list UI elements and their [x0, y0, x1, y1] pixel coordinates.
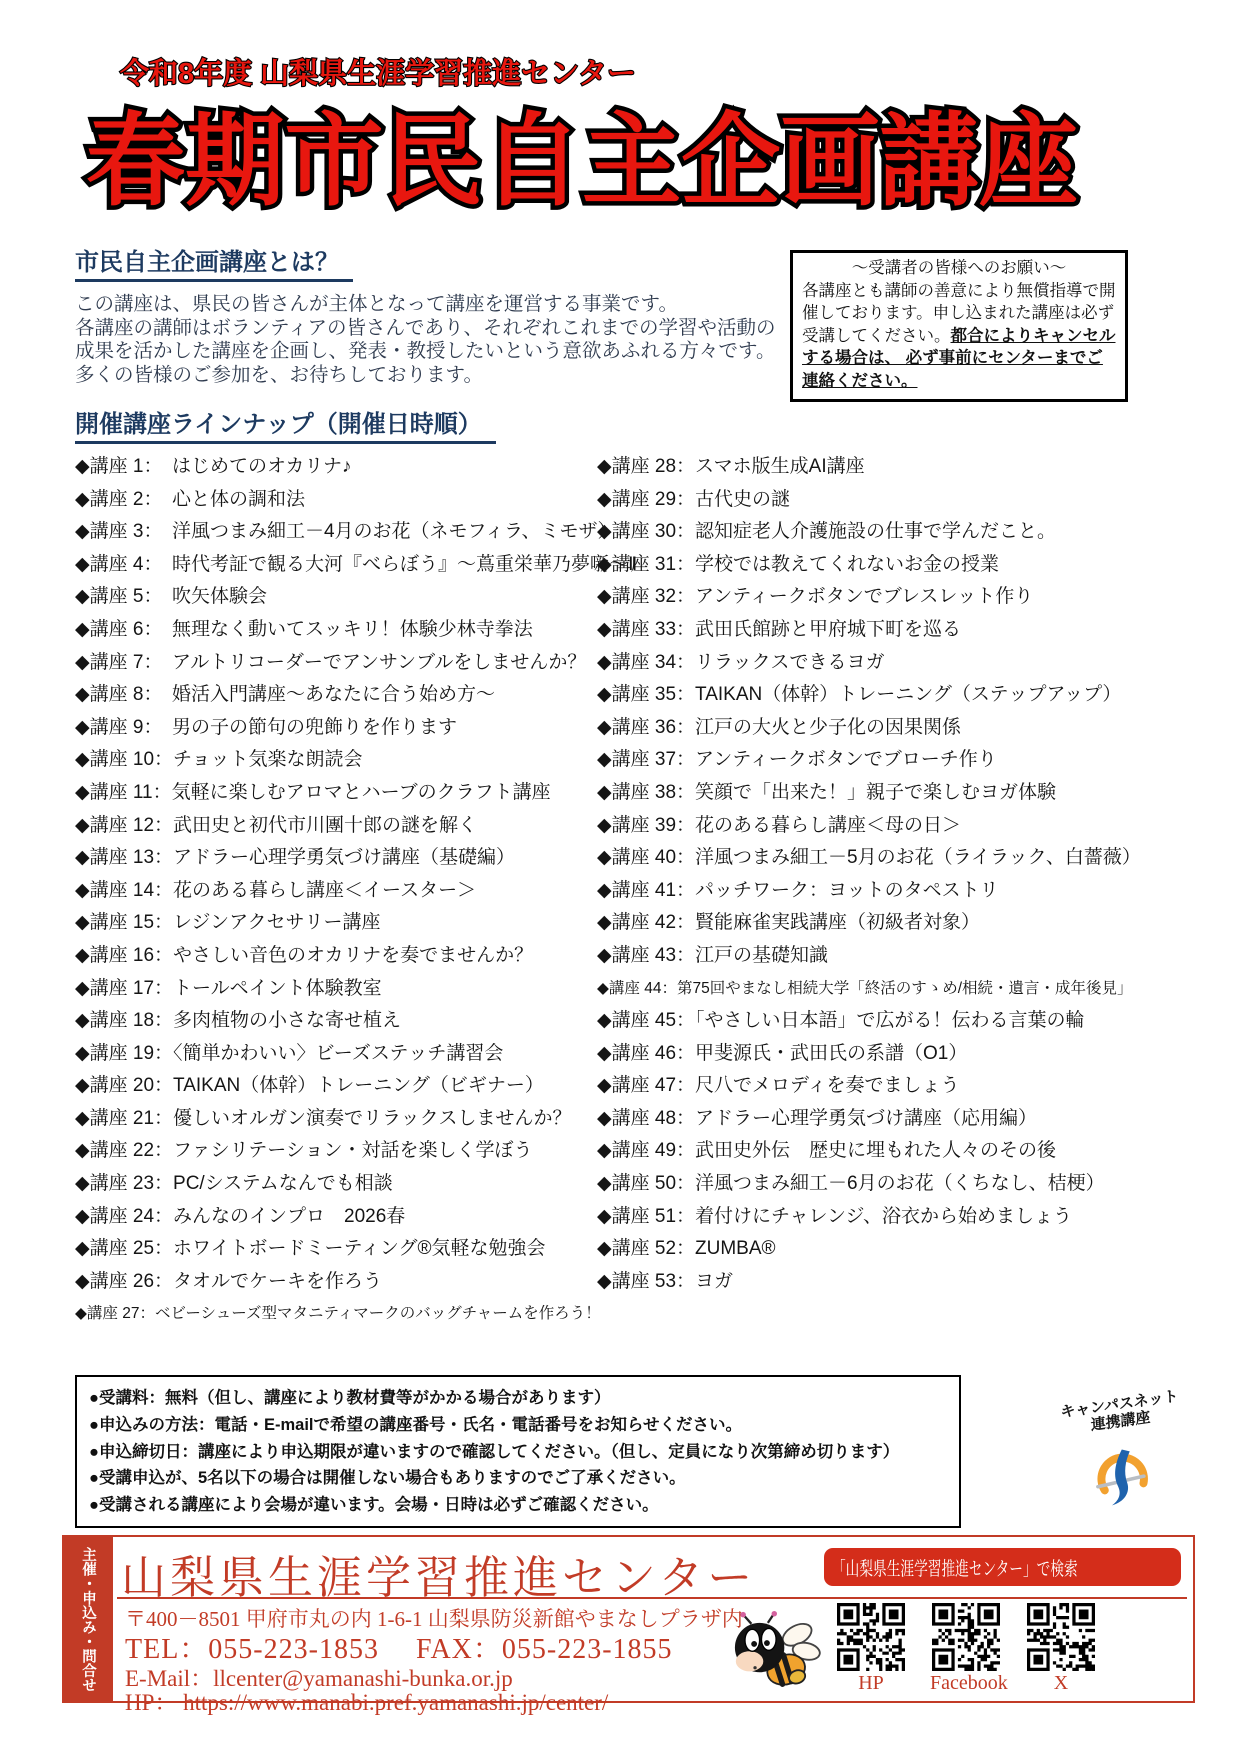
course-item: ◆講座 30：認知症老人介護施設の仕事で学んだこと。	[597, 516, 1193, 549]
search-badge: 「山梨県生涯学習推進センター」で検索	[824, 1548, 1181, 1586]
qr-code-row: HPFacebookX	[835, 1603, 1097, 1695]
qr-code-icon	[1027, 1603, 1095, 1671]
course-item: ◆講座 26：タオルでケーキを作ろう	[75, 1266, 597, 1299]
course-item: ◆講座 46：甲斐源氏・武田氏の系譜（O1）	[597, 1038, 1193, 1071]
course-item: ◆講座 16：やさしい音色のオカリナを奏でませんか？	[75, 940, 597, 973]
homepage-url: HP： https://www.manabi.pref.yamanashi.jp…	[125, 1684, 608, 1717]
course-item: ◆講座 11：気軽に楽しむアロマとハーブのクラフト講座	[75, 777, 597, 810]
course-item: ◆講座 45：「やさしい日本語」で広がる！伝わる言葉の輪	[597, 1005, 1193, 1038]
course-item: ◆講座 32：アンティークボタンでブレスレット作り	[597, 581, 1193, 614]
course-item: ◆講座 15：レジンアクセサリー講座	[75, 907, 597, 940]
course-item: ◆講座 51：着付けにチャレンジ、浴衣から始めましょう	[597, 1201, 1193, 1234]
about-line: この講座は、県民の皆さんが主体となって講座を運営する事業です。	[75, 293, 735, 317]
course-item: ◆講座 50：洋風つまみ細工－6月のお花（くちなし、桔梗）	[597, 1168, 1193, 1201]
qr-code-icon	[837, 1603, 905, 1671]
note-item: ●受講される講座により会場が違います。会場・日時は必ずご確認ください。	[89, 1492, 947, 1519]
campusnet-label: キャンパスネット 連携講座	[1038, 1385, 1203, 1442]
note-item: ●申込締切日：講座により申込期限が違いますので確認してください。（但し、定員にな…	[89, 1439, 947, 1466]
about-line: 各講座の講師はボランティアの皆さんであり、それぞれこれまでの学習や活動の	[75, 317, 735, 341]
course-item: ◆講座 21：優しいオルガン演奏でリラックスしませんか？	[75, 1103, 597, 1136]
course-item: ◆講座 31：学校では教えてくれないお金の授業	[597, 549, 1193, 582]
about-line: 多くの皆様のご参加を、お待ちしております。	[75, 364, 735, 388]
qr-label: X	[1025, 1672, 1097, 1695]
course-item: ◆講座 28：スマホ版生成AI講座	[597, 451, 1193, 484]
bee-mascot-icon	[731, 1611, 823, 1702]
course-item: ◆講座 49：武田史外伝 歴史に埋もれた人々のその後	[597, 1135, 1193, 1168]
course-item: ◆講座 38：笑顔で「出来た！」親子で楽しむヨガ体験	[597, 777, 1193, 810]
notice-body: 各講座とも講師の善意により無償指導で開催しております。申し込まれた講座は必ず受講…	[802, 280, 1116, 393]
course-item: ◆講座 35：TAIKAN（体幹）トレーニング（ステップアップ）	[597, 679, 1193, 712]
about-section: 市民自主企画講座とは？ この講座は、県民の皆さんが主体となって講座を運営する事業…	[75, 242, 735, 387]
about-paragraph: この講座は、県民の皆さんが主体となって講座を運営する事業です。各講座の講師はボラ…	[75, 293, 735, 387]
footer-divider	[117, 1597, 1187, 1599]
qr-code-x: X	[1025, 1603, 1097, 1695]
course-item: ◆講座 47：尺八でメロディを奏でましょう	[597, 1070, 1193, 1103]
course-item: ◆講座 2： 心と体の調和法	[75, 484, 597, 517]
qr-label: Facebook	[930, 1672, 1002, 1695]
course-item: ◆講座 4： 時代考証で観る大河『べらぼう』～蔦重栄華乃夢噺～Ⅱ	[75, 549, 597, 582]
main-title-text: 春期市民自主企画講座	[86, 106, 1078, 218]
course-item: ◆講座 8： 婚活入門講座～あなたに合う始め方～	[75, 679, 597, 712]
course-item: ◆講座 52：ZUMBA®	[597, 1233, 1193, 1266]
course-item: ◆講座 3： 洋風つまみ細工－4月のお花（ネモフィラ、ミモザ）	[75, 516, 597, 549]
course-item: ◆講座 12：武田史と初代市川團十郎の謎を解く	[75, 810, 597, 843]
course-item: ◆講座 41：パッチワーク：ヨットのタペストリ	[597, 875, 1193, 908]
course-item: ◆講座 36：江戸の大火と少子化の因果関係	[597, 712, 1193, 745]
lineup-heading: 開催講座ラインナップ（開催日時順）	[75, 404, 496, 444]
qr-code-facebook: Facebook	[930, 1603, 1002, 1695]
course-item: ◆講座 39：花のある暮らし講座＜母の日＞	[597, 810, 1193, 843]
course-item: ◆講座 10：チョット気楽な朗読会	[75, 744, 597, 777]
subtitle-banner: 令和8年度 山梨県生涯学習推進センター	[118, 50, 758, 94]
notice-title: ～受講者の皆様へのお願い～	[802, 257, 1116, 280]
course-item: ◆講座 6： 無理なく動いてスッキリ！体験少林寺拳法	[75, 614, 597, 647]
note-item: ●申込みの方法：電話・E-mailで希望の講座番号・氏名・電話番号をお知らせくだ…	[89, 1412, 947, 1439]
course-item: ◆講座 22：ファシリテーション・対話を楽しく学ぼう	[75, 1135, 597, 1168]
qr-code-hp: HP	[835, 1603, 907, 1695]
note-item: ●受講料：無料（但し、講座により教材費等がかかる場合があります）	[89, 1385, 947, 1412]
course-item: ◆講座 53：ヨガ	[597, 1266, 1193, 1299]
course-list-right: ◆講座 28：スマホ版生成AI講座◆講座 29：古代史の謎◆講座 30：認知症老…	[597, 451, 1193, 1298]
campusnet-logo-icon	[1038, 1446, 1202, 1513]
course-item: ◆講座 44：第75回やまなし相続大学「終活のすゝめ/相続・遺言・成年後見」	[597, 973, 1193, 1006]
about-heading: 市民自主企画講座とは？	[75, 242, 353, 282]
footer-contact-box: 主催・申込み・問合せ 山梨県生涯学習推進センター 「山梨県生涯学習推進センター」…	[62, 1535, 1195, 1703]
course-item: ◆講座 33：武田氏館跡と甲府城下町を巡る	[597, 614, 1193, 647]
course-item: ◆講座 5： 吹矢体験会	[75, 581, 597, 614]
course-item: ◆講座 40：洋風つまみ細工－5月のお花（ライラック、白薔薇）	[597, 842, 1193, 875]
course-item: ◆講座 14：花のある暮らし講座＜イースター＞	[75, 875, 597, 908]
course-item: ◆講座 34：リラックスできるヨガ	[597, 647, 1193, 680]
campusnet-block: キャンパスネット 連携講座	[1038, 1396, 1202, 1513]
qr-label: HP	[835, 1672, 907, 1695]
note-item: ●受講申込が、5名以下の場合は開催しない場合もありますのでご了承ください。	[89, 1465, 947, 1492]
course-item: ◆講座 9： 男の子の節句の兜飾りを作ります	[75, 712, 597, 745]
course-item: ◆講座 42：賢能麻雀実践講座（初級者対象）	[597, 907, 1193, 940]
course-item: ◆講座 37：アンティークボタンでブローチ作り	[597, 744, 1193, 777]
course-item: ◆講座 18：多肉植物の小さな寄せ植え	[75, 1005, 597, 1038]
subtitle-text: 令和8年度 山梨県生涯学習推進センター	[120, 56, 636, 90]
course-item: ◆講座 25：ホワイトボードミーティング®気軽な勉強会	[75, 1233, 597, 1266]
course-item: ◆講座 19：〈簡単かわいい〉ビーズステッチ講習会	[75, 1038, 597, 1071]
course-item: ◆講座 27：ベビーシューズ型マタニティマークのバッグチャームを作ろう！	[75, 1298, 597, 1331]
footer-content: 山梨県生涯学習推進センター 「山梨県生涯学習推進センター」で検索 〒400－85…	[113, 1537, 1193, 1701]
course-item: ◆講座 24：みんなのインプロ 2026春	[75, 1201, 597, 1234]
course-item: ◆講座 23：PC/システムなんでも相談	[75, 1168, 597, 1201]
about-line: 成果を活かした講座を企画し、発表・教授したいという意欲あふれる方々です。	[75, 340, 735, 364]
lineup-section: 開催講座ラインナップ（開催日時順）	[75, 404, 496, 444]
course-list-left: ◆講座 1： はじめてのオカリナ♪◆講座 2： 心と体の調和法◆講座 3： 洋風…	[75, 451, 597, 1331]
course-item: ◆講座 13：アドラー心理学勇気づけ講座（基礎編）	[75, 842, 597, 875]
course-item: ◆講座 29：古代史の謎	[597, 484, 1193, 517]
qr-code-icon	[932, 1603, 1000, 1671]
search-badge-text: 「山梨県生涯学習推進センター」で検索	[832, 1554, 1078, 1581]
notice-box: ～受講者の皆様へのお願い～ 各講座とも講師の善意により無償指導で開催しております…	[790, 250, 1128, 402]
main-title-banner: 春期市民自主企画講座	[76, 94, 1088, 218]
course-item: ◆講座 7： アルトリコーダーでアンサンブルをしませんか？	[75, 647, 597, 680]
notes-box: ●受講料：無料（但し、講座により教材費等がかかる場合があります）●申込みの方法：…	[75, 1375, 961, 1528]
footer-vertical-label: 主催・申込み・問合せ	[64, 1537, 113, 1701]
course-item: ◆講座 43：江戸の基礎知識	[597, 940, 1193, 973]
course-item: ◆講座 48：アドラー心理学勇気づけ講座（応用編）	[597, 1103, 1193, 1136]
course-item: ◆講座 20：TAIKAN（体幹）トレーニング（ビギナー）	[75, 1070, 597, 1103]
course-item: ◆講座 17：トールペイント体験教室	[75, 973, 597, 1006]
course-item: ◆講座 1： はじめてのオカリナ♪	[75, 451, 597, 484]
